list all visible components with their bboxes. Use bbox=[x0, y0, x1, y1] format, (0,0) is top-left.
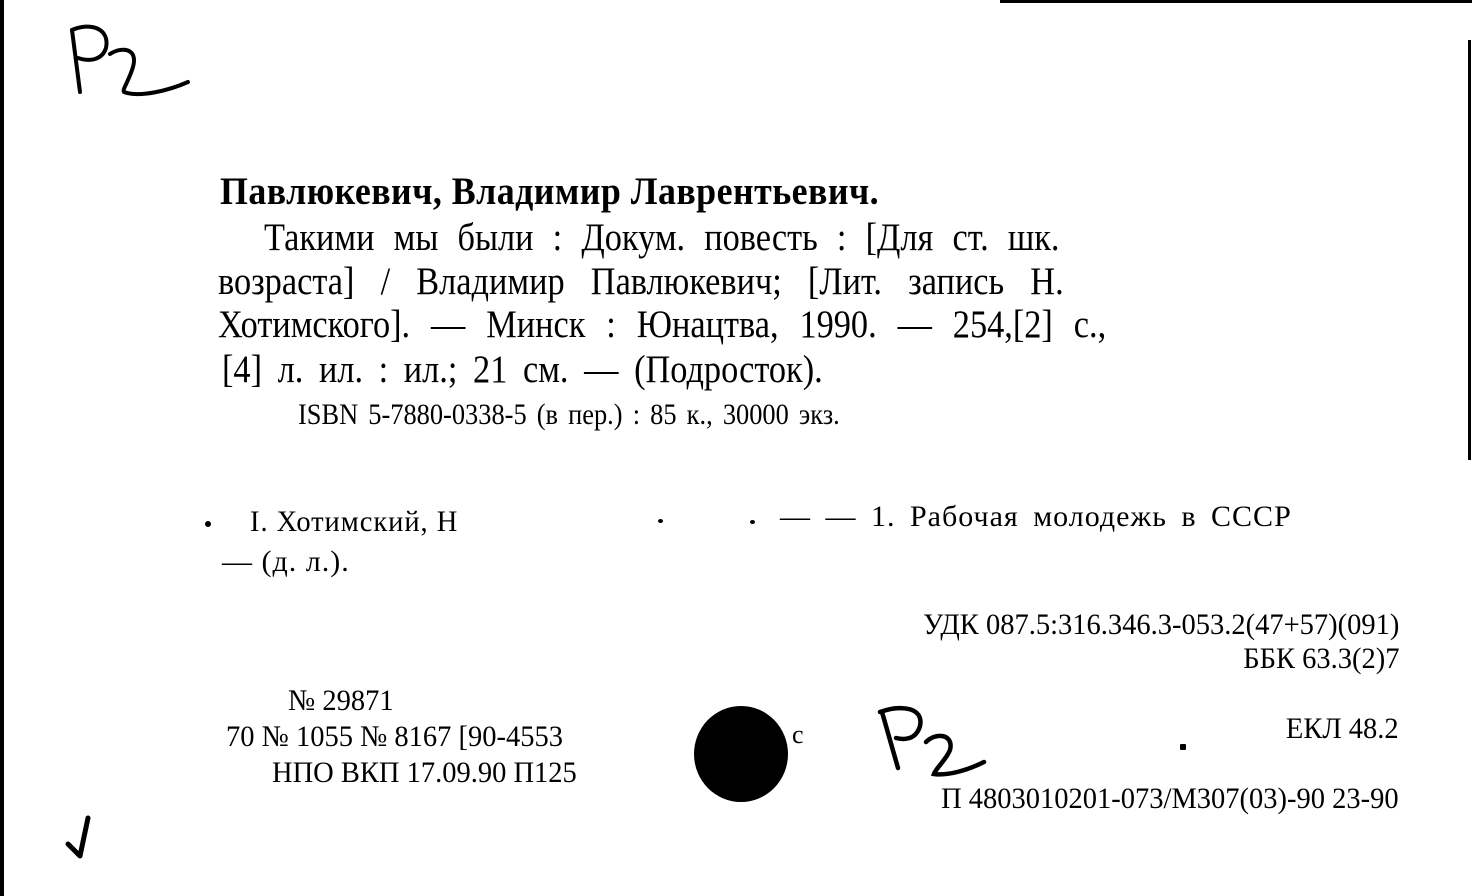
card-left-edge bbox=[0, 0, 4, 896]
ekl-classification: ЕКЛ 48.2 bbox=[1286, 714, 1399, 744]
isbn-line: ISBN 5-7880-0338-5 (в пер.) : 85 к., 300… bbox=[298, 400, 840, 430]
added-entry-tracing: I. Хотимский, Н bbox=[250, 507, 458, 537]
author-heading: Павлюкевич, Владимир Лаврентьевич. bbox=[220, 172, 879, 211]
order-numbers-suffix: с bbox=[792, 722, 804, 748]
added-entry-tracing-cont: — (д. л.). bbox=[222, 547, 350, 577]
speck bbox=[1180, 744, 1186, 750]
handwritten-shelf-mark-top bbox=[60, 20, 200, 100]
speck bbox=[658, 519, 663, 523]
punch-hole bbox=[694, 706, 788, 802]
check-mark-icon bbox=[60, 812, 100, 872]
catalog-card: Р2 Павлюкевич, Владимир Лаврентьевич. Та… bbox=[0, 0, 1472, 896]
description-line-1: Такими мы были : Докум. повесть : [Для с… bbox=[264, 218, 1060, 257]
description-line-3: Хотимского]. — Минск : Юнацтва, 1990. — … bbox=[218, 305, 1106, 344]
subject-tracing: — — 1. Рабочая молодежь в СССР bbox=[780, 502, 1292, 532]
card-top-edge bbox=[1000, 0, 1472, 3]
order-numbers: 70 № 1055 № 8167 [90-4553 bbox=[226, 722, 563, 752]
description-line-4: [4] л. ил. : ил.; 21 см. — (Подросток). bbox=[222, 350, 823, 389]
handwritten-shelf-mark-bottom bbox=[872, 700, 992, 780]
publisher-code: П 4803010201-073/М307(03)-90 23-90 bbox=[941, 784, 1399, 814]
udk-classification: УДК 087.5:316.346.3-053.2(47+57)(091) bbox=[923, 610, 1399, 640]
printer-line: НПО ВКП 17.09.90 П125 bbox=[272, 758, 577, 788]
speck bbox=[750, 520, 755, 524]
speck bbox=[205, 521, 211, 527]
production-number: № 29871 bbox=[288, 686, 394, 716]
description-line-2: возраста] / Владимир Павлюкевич; [Лит. з… bbox=[218, 262, 1064, 301]
card-right-edge bbox=[1468, 40, 1471, 460]
bbk-classification: ББК 63.3(2)7 bbox=[1243, 644, 1399, 674]
